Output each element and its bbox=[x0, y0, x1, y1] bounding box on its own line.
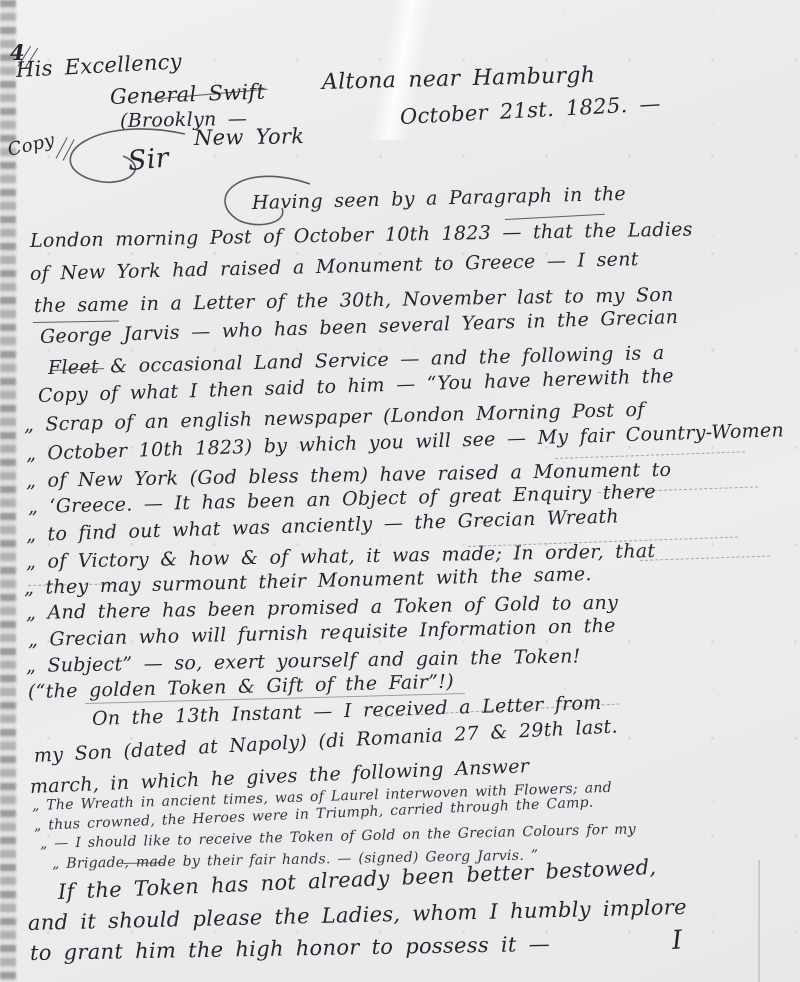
date-line: October 21st. 1825. — bbox=[399, 91, 661, 129]
pencil-underline bbox=[555, 451, 745, 459]
pen-flourish bbox=[35, 120, 195, 195]
recipient-name-line: His Excellency bbox=[15, 49, 182, 82]
scanned-letter-page: 4 His Excellency General Swift (Brooklyn… bbox=[0, 0, 800, 982]
pencil-underline bbox=[640, 555, 770, 561]
paper-crease bbox=[758, 860, 760, 982]
letter-line: of New York had raised a Monument to Gre… bbox=[30, 248, 639, 285]
recipient-title-line: General Swift bbox=[110, 80, 266, 109]
letter-line: London morning Post of October 10th 1823… bbox=[30, 218, 693, 252]
letter-line: to grant him the high honor to possess i… bbox=[30, 932, 550, 965]
recipient-state-line: New York bbox=[194, 124, 305, 150]
catchword: I bbox=[671, 925, 684, 956]
salutation: Sir bbox=[127, 142, 170, 176]
letter-line: „ Subject” — so, exert yourself and gain… bbox=[26, 645, 581, 677]
place-line: Altona near Hamburgh bbox=[322, 63, 596, 95]
ink-underline bbox=[33, 320, 119, 323]
ink-underline bbox=[505, 214, 605, 220]
